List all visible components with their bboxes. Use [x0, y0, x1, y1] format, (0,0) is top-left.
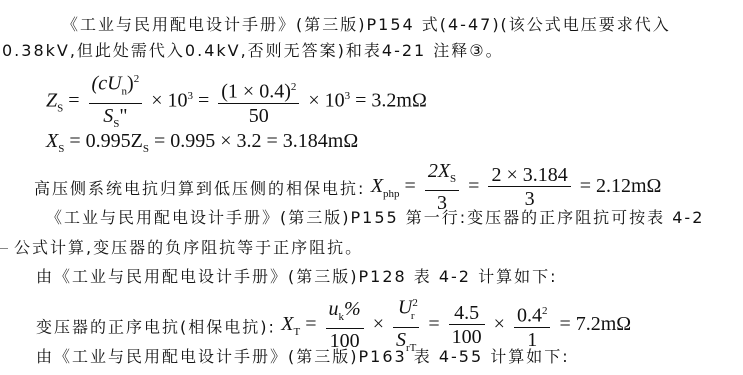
eq-xphp-lhs: X: [371, 175, 383, 197]
frac-num: 4.5: [449, 302, 485, 325]
eq-xphp-frac2: 2 × 3.184 3: [488, 164, 570, 211]
equation-zs: ZS = (cUn)2 SS" × 103 = (1 × 0.4)2 50 × …: [46, 68, 427, 136]
eq-xs-lhs: X: [46, 130, 58, 152]
eq-zs-frac2: (1 × 0.4)2 50: [218, 76, 299, 128]
eq-zs-lhs-sub: S: [57, 102, 63, 114]
frac-num: 2X: [428, 160, 450, 182]
eq-zs-times1: × 10: [151, 89, 187, 111]
eq-xt-lhs: X: [281, 313, 293, 335]
eq-xs-mid-sub: S: [143, 143, 149, 155]
eq-xt-lhs-sub: T: [294, 326, 301, 338]
eq-zs-times1-sup: 3: [187, 90, 193, 102]
frac-den: 50: [218, 104, 299, 128]
eq-xs-lhs-sub: S: [58, 143, 64, 155]
para2-line1: 《工业与民用配电设计手册》(第三版)P155 第一行:变压器的正序阻抗可按表 4…: [46, 207, 704, 229]
frac-den-tail: ": [119, 105, 127, 127]
frac-num-sub: S: [450, 173, 456, 185]
eq-zs-frac1: (cUn)2 SS": [89, 68, 143, 136]
eq-xphp-lhs-sub: php: [383, 188, 400, 200]
para1-line1: 《工业与民用配电设计手册》(第三版)P154 式(4-47)(该公式电压要求代入: [62, 14, 671, 36]
eq-xs-mid: = 0.995Z: [69, 130, 143, 152]
frac-num: 2 × 3.184: [488, 164, 570, 187]
frac-num: 0.4: [517, 305, 542, 327]
eq-zs-times2: × 10: [308, 89, 344, 111]
para1-line2: 0.38kV,但此处需代入0.4kV,否则无答案)和表4-21 注释③。: [2, 40, 504, 62]
frac-num-sup: 2: [412, 297, 418, 309]
eq-xphp-result: = 2.12mΩ: [580, 175, 662, 197]
eq-xt-result: = 7.2mΩ: [559, 313, 631, 335]
frac-num: u: [329, 298, 339, 320]
eq-zs-lhs: Z: [46, 89, 57, 111]
para4: 由《工业与民用配电设计手册》(第三版)P163 表 4-55 计算如下:: [36, 346, 570, 368]
frac-num-tail: %: [344, 298, 361, 320]
eq-zs-result: = 3.2mΩ: [355, 89, 427, 111]
frac-num-sup: 2: [542, 305, 548, 317]
eq-xphp-label: 高压侧系统电抗归算到低压侧的相保电抗:: [34, 179, 365, 198]
margin-mark: [0, 248, 8, 249]
eq-xs-rest: = 0.995 × 3.2 = 3.184mΩ: [154, 130, 358, 152]
frac-num-sub: r: [411, 310, 415, 322]
frac-num-sup: 2: [134, 73, 140, 85]
frac-num-sup: 2: [291, 81, 297, 93]
eq-xt-frac4: 0.42 1: [514, 300, 551, 352]
para2-line2: 公式计算,变压器的负序阻抗等于正序阻抗。: [14, 237, 363, 259]
frac-den: S: [103, 105, 113, 127]
frac-num-tail: ): [127, 73, 134, 95]
frac-num: (1 × 0.4): [221, 81, 291, 103]
equation-xs: XS = 0.995ZS = 0.995 × 3.2 = 3.184mΩ: [46, 130, 358, 160]
frac-num: (cU: [92, 73, 122, 95]
eq-zs-times2-sup: 3: [345, 90, 351, 102]
eq-xt-label: 变压器的正序电抗(相保电抗):: [36, 317, 276, 336]
para3: 由《工业与民用配电设计手册》(第三版)P128 表 4-2 计算如下:: [36, 266, 557, 288]
eq-xt-frac3: 4.5 100: [449, 302, 485, 349]
